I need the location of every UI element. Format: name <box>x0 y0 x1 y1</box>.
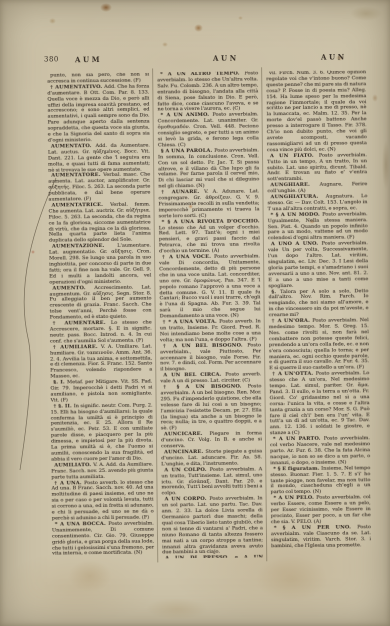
entry-headword: §. <box>271 289 280 295</box>
entry-headword: A UN DI PRESSO, e A UN PRESSO. <box>162 555 263 559</box>
entry-headword: A UN COLPO. <box>164 467 209 473</box>
dictionary-entry: A UN DI PRESSO, e A UN PRESSO. Posto avv… <box>162 556 263 559</box>
dictionary-entry: A UN COLPO. Posto avverbialm. A un tratt… <box>161 467 262 498</box>
dictionary-entry: A UNO A UNO. Posto avverbialm. vale Un p… <box>268 241 368 289</box>
entry-headword: A UN CORPO. <box>165 496 210 502</box>
dictionary-entry: † §. II. In signific. neutr. Com. Purg. … <box>51 403 154 463</box>
entry-headword: † A UN BEL BISOGNO. <box>163 342 247 349</box>
entry-headword: AUNCICARE. <box>164 431 210 437</box>
entry-headword: AUMILIATO. <box>54 462 93 468</box>
entry-headword: * § A UN PER UNO. <box>274 524 357 531</box>
dictionary-entry: * A UN PELO. Posto avverbialm. col verbo… <box>271 495 371 526</box>
printed-text-block: 380 AUM AUN AUN punto, non sia però, che… <box>0 0 390 626</box>
dictionary-entry: † A UN BEL BISOGNO. Posto avverbialm., v… <box>160 343 261 374</box>
entry-headword: † A UNA VOCE. <box>162 254 214 261</box>
dictionary-entry: † AUNARE. V. A. Adunare. Lat. congregare… <box>158 189 259 220</box>
dictionary-entry: † AUMENTARE. Lo stesso che Accrescere, m… <box>50 321 152 346</box>
dictionary-entry: §. Talora per A solo a solo, Detto dall'… <box>268 289 368 320</box>
entry-headword: † AUNARE. <box>161 189 204 195</box>
dictionary-entry: * A UNA BOCCA. Posto avverbialm. Unanime… <box>52 521 154 558</box>
entry-headword: § A UNA PAROLA. <box>161 148 214 155</box>
dictionary-entry: * A UN PARTO. Posto avverbialm. col verb… <box>270 436 370 467</box>
entry-headword: AUNGHIARE. <box>270 182 319 189</box>
entry-headword: * A UNA BOCCA. <box>55 521 109 528</box>
dictionary-entry: † A UN'ORA. Posto avverbialm. Nel medesi… <box>269 318 370 372</box>
dictionary-entry: † A UNA. Posto avverb. lo stesso che Ad … <box>51 480 153 522</box>
dictionary-entry: * § A UN PER UNO. Posto avverbialm. vale… <box>271 525 371 550</box>
dictionary-entry: † AUMILIARE. V. A. Umiliare. Lat. humili… <box>50 344 152 381</box>
running-head-center: AUN <box>213 54 239 63</box>
entry-headword: AUMENTAZIONE. <box>52 243 117 250</box>
dictionary-entry: * A UN ANIMO. Posto avverbialm. Concorde… <box>158 113 259 149</box>
dictionary-entry: AUNCINARE. Storte piegate a guisa d'unci… <box>161 449 262 468</box>
dictionary-entry: AUNGHIATURA. Augnatura. Lo stesso. Gr. —… <box>267 194 367 213</box>
entry-headword: A UN FIATO. <box>270 152 319 159</box>
entry-headword: * A UN ALTRO TEMPO. <box>160 71 244 77</box>
page-number: 380 <box>44 55 59 63</box>
dictionary-entry: AUMENTATORE. Verbal. masc. Che aumenta. … <box>48 173 150 204</box>
entry-headword: AUMENTO. <box>52 285 94 291</box>
entry-headword: AUMENTATORE. <box>51 172 103 179</box>
entry-headword: AUNCINARE. <box>164 449 205 455</box>
entry-headword: AUNGHIATURA. <box>270 194 325 201</box>
dictionary-entry: * § A UNA RIVOLTA D'OCCHIO. Lo stesso ch… <box>159 219 260 255</box>
running-head-right: AUN <box>321 52 347 61</box>
entry-headword: * § A UN MODO. <box>271 211 323 218</box>
dictionary-entry: AUMENTATO. Add. da Aumentare. Lat. auctu… <box>48 143 150 174</box>
entry-headword: * A UN ANIMO. <box>161 112 213 119</box>
dictionary-entry: A UN CORPO. Posto avverbialm. In un sol … <box>162 497 264 557</box>
dictionary-entry: § A UNA PAROLA. Posto avverbialm. In som… <box>158 148 259 190</box>
dictionary-entry: † * A UNA VOLTA. Posto avverb. In un tra… <box>160 319 261 344</box>
book-page-photo: 380 AUM AUN AUN punto, non sia però, che… <box>0 0 390 626</box>
entry-headword: AUMENTATRICE. <box>51 202 110 209</box>
dictionary-entry: AUMENTO. Accrescimento. Lat. augmentum. … <box>49 285 151 322</box>
running-head-left: AUM <box>75 55 102 64</box>
entry-headword: † AUMILIARE. <box>53 344 101 351</box>
entry-headword: * A UN PELO. <box>274 495 317 501</box>
dictionary-entry: vil. Firch. Num. 3. 6. Quince opinion re… <box>266 70 367 154</box>
entry-headword: §. I. <box>53 379 67 385</box>
entry-headword: † A UN'OTTA. <box>272 371 315 377</box>
entry-headword: † A UNA. <box>54 480 84 486</box>
entry-headword: † * A UNA VOLTA. <box>163 319 220 326</box>
dictionary-entry: A UN FIATO. Posto avverbialm. Tutto in u… <box>267 153 367 184</box>
entry-headword: * § E figuratam. <box>273 465 321 472</box>
dictionary-entry: † A UNA VOCE. Posto avverbialm. vale Di … <box>159 254 261 320</box>
dictionary-entry: AUMENTATRICE. Verbal. femm. Che aumenta.… <box>48 202 150 244</box>
text-column-3: vil. Firch. Num. 3. 6. Quince opinion re… <box>266 70 371 557</box>
dictionary-entry: * § E figuratam. Insieme, Nel tempo stes… <box>270 466 370 497</box>
entry-headword: † AUMENTATIVO. <box>50 84 104 91</box>
text-column-1: punto, non sia però, che non si accresca… <box>47 72 154 559</box>
dictionary-entry: §. I. Metaf. per Mitigare. Vit. SS. Pad.… <box>50 380 152 405</box>
dictionary-entry: † A UN'OTTA. Posto avverbialm. Lo stesso… <box>269 371 370 437</box>
dictionary-entry: * A UN ALTRO TEMPO. Posto avverbialm. lo… <box>157 71 258 113</box>
dictionary-entry: AUMILIATO. V. A. Add. da Aumiliare. Fran… <box>51 462 153 481</box>
entry-headword: A UN BEL CIRCA. <box>163 372 225 379</box>
entry-headword: * § A UNA RIVOLTA D'OCCHIO. <box>162 218 260 225</box>
entry-headword: A UNO A UNO. <box>271 241 322 248</box>
entry-headword: † §. II. <box>54 403 74 409</box>
dictionary-entry: † AUMENTATIVO. Add. Che ha forza d'aumen… <box>47 84 150 144</box>
entry-headword: AUMENTATO. <box>51 143 96 149</box>
dictionary-entry: AUMENTAZIONE. L'aumentare. Lat. augmenta… <box>49 244 151 286</box>
entry-headword: † A UN'ORA. <box>272 318 313 324</box>
entry-headword: † AUMENTARE. <box>53 320 111 327</box>
entry-headword: † § A UN BISOGNO. <box>163 383 247 390</box>
dictionary-entry: * § A UN MODO. Posto avverbialm. Ugualme… <box>268 212 368 243</box>
dictionary-entry: † § A UN BISOGNO. Posto avverbialm. A un… <box>160 384 261 432</box>
entry-headword: * A UN PARTO. <box>273 436 324 443</box>
text-column-2: * A UN ALTRO TEMPO. Posto avverbialm. lo… <box>157 71 263 558</box>
